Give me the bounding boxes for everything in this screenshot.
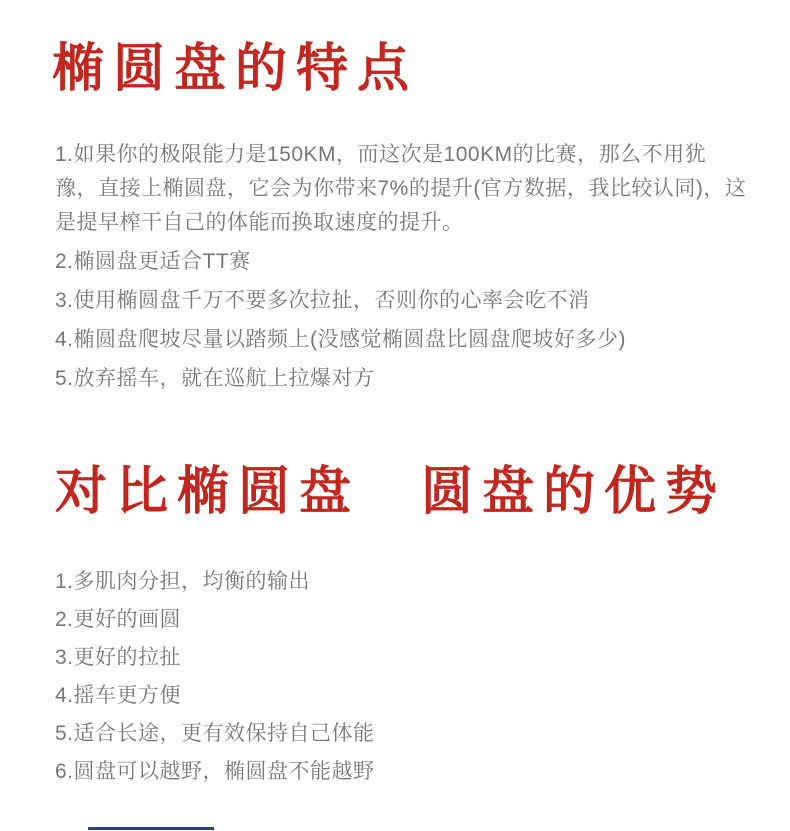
- list-item: 3.使用椭圆盘千万不要多次拉扯，否则你的心率会吃不消: [55, 284, 749, 318]
- list-item: 2.更好的画圆: [55, 603, 749, 637]
- list-item: 4.摇车更方便: [55, 679, 749, 713]
- list-item: 5.适合长途，更有效保持自己体能: [55, 717, 749, 751]
- list-item: 1.多肌肉分担，均衡的输出: [55, 565, 749, 599]
- list-item: 3.更好的拉扯: [55, 641, 749, 675]
- section1-list: 1.如果你的极限能力是150KM，而这次是100KM的比赛，那么不用犹豫，直接上…: [55, 138, 749, 401]
- list-item: 5.放弃摇车，就在巡航上拉爆对方: [55, 362, 749, 396]
- list-item: 2.椭圆盘更适合TT赛: [55, 245, 749, 279]
- list-item: 1.如果你的极限能力是150KM，而这次是100KM的比赛，那么不用犹豫，直接上…: [55, 138, 749, 240]
- list-item: 4.椭圆盘爬坡尽量以踏频上(没感觉椭圆盘比圆盘爬坡好多少): [55, 323, 749, 357]
- list-item: 6.圆盘可以越野，椭圆盘不能越野: [55, 755, 749, 789]
- section1-title: 椭圆盘的特点: [52, 40, 418, 100]
- product-description-page: 椭圆盘的特点 1.如果你的极限能力是150KM，而这次是100KM的比赛，那么不…: [0, 0, 790, 831]
- section2-title: 对比椭圆盘 圆盘的优势: [55, 463, 726, 523]
- section2-list: 1.多肌肉分担，均衡的输出 2.更好的画圆 3.更好的拉扯 4.摇车更方便 5.…: [55, 565, 749, 793]
- bottom-blue-divider: [88, 827, 214, 830]
